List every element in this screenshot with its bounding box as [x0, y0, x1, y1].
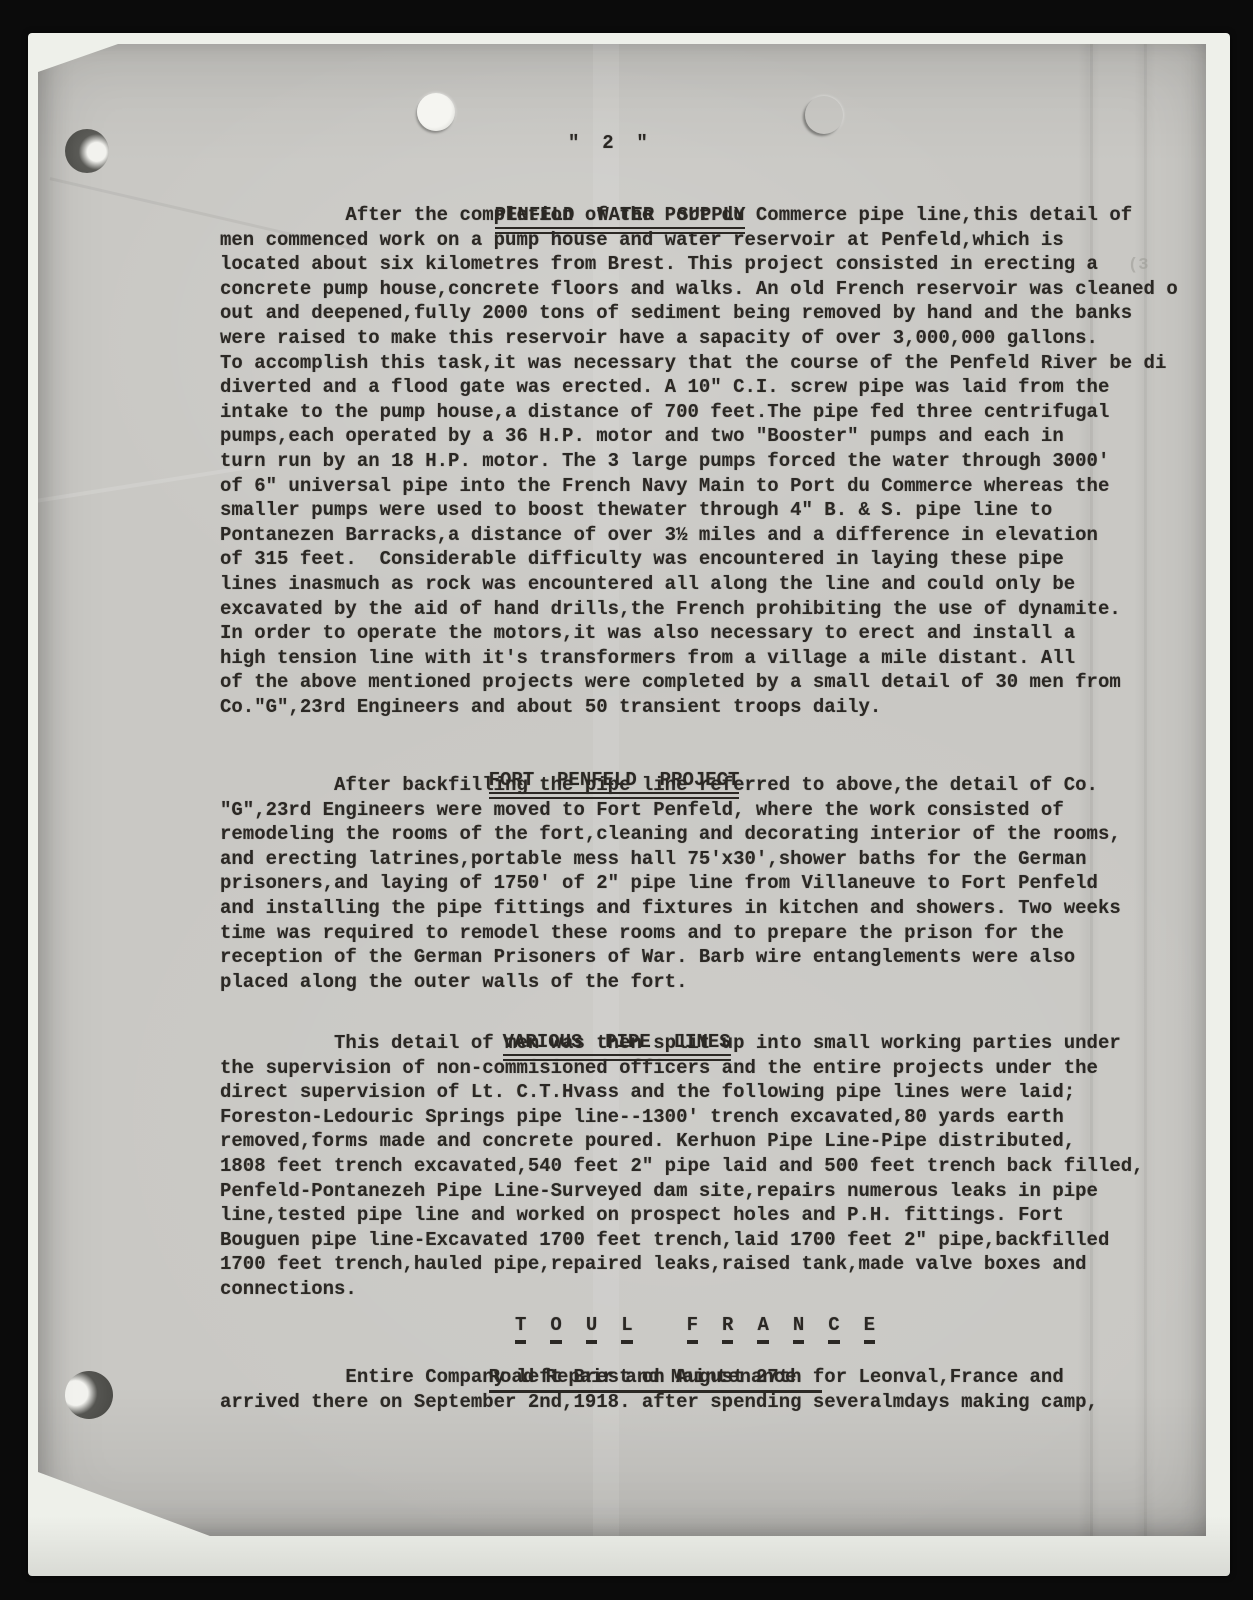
- binder-hole-upper-left: [65, 129, 109, 173]
- paragraph-penfeld-water-supply: After the completion of the Port du Comm…: [220, 203, 1178, 719]
- paragraph-fort-penfeld-project: After backfilling the pipe line referred…: [220, 773, 1121, 994]
- paragraph-various-pipe-lines: This detail of men was then split up int…: [220, 1031, 1144, 1302]
- punch-hole-top-right: [805, 96, 843, 134]
- document-page: " 2 " (3 PENFELD WATER SUPPLY After the …: [38, 44, 1206, 1536]
- scanned-document: { "page": { "number_label": "\" 2 \"", "…: [0, 0, 1253, 1600]
- paragraph-toul-france: Entire Company left Brest on August 27th…: [220, 1365, 1098, 1414]
- page-number: " 2 ": [568, 131, 648, 156]
- section-heading-toul-france: TOULFRANCE: [515, 1313, 899, 1344]
- binder-hole-lower-left: [65, 1371, 113, 1419]
- punch-hole-top-left: [417, 93, 455, 131]
